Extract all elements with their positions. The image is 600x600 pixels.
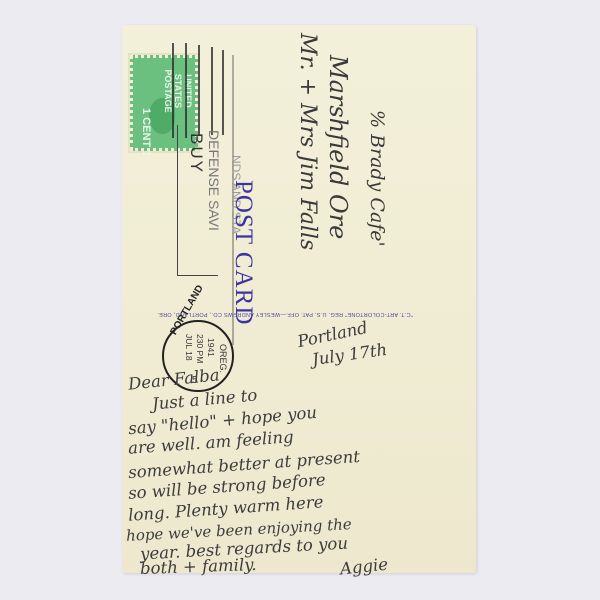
address-line-3: % Brady Cafe': [366, 110, 388, 247]
message-signature: Aggie: [339, 555, 389, 580]
stamp-country: UNITED STATES POSTAGE: [163, 66, 193, 116]
cancel-line: [198, 45, 200, 135]
postcard: UNITED STATES POSTAGE 1 CENT 1 BUY DEFEN…: [122, 25, 476, 573]
postmark-date: JUL 18: [184, 334, 194, 361]
cancel-line: [185, 43, 187, 138]
slogan-buy: BUY: [186, 133, 206, 174]
slogan-defense: DEFENSE SAVI: [206, 130, 222, 231]
postmark-year: 1941: [206, 338, 216, 357]
address-line-1: Mr. + Mrs Jim Falls: [295, 33, 320, 250]
postcard-title: POST CARD: [229, 180, 257, 325]
cancel-line: [211, 47, 213, 135]
postmark-state: OREG.: [218, 344, 228, 373]
cancel-line: [222, 50, 224, 135]
publisher-line: "C.T. ART-COLORTONE" REG. U.S. PAT. OFF.…: [157, 311, 413, 317]
address-line-2: Marshfield Ore: [324, 55, 352, 239]
cancel-line: [172, 43, 174, 138]
message-line: both + family.: [140, 555, 257, 579]
stamp-denomination: 1 CENT 1: [141, 108, 151, 156]
postmark-time: 230 PM: [195, 334, 205, 363]
